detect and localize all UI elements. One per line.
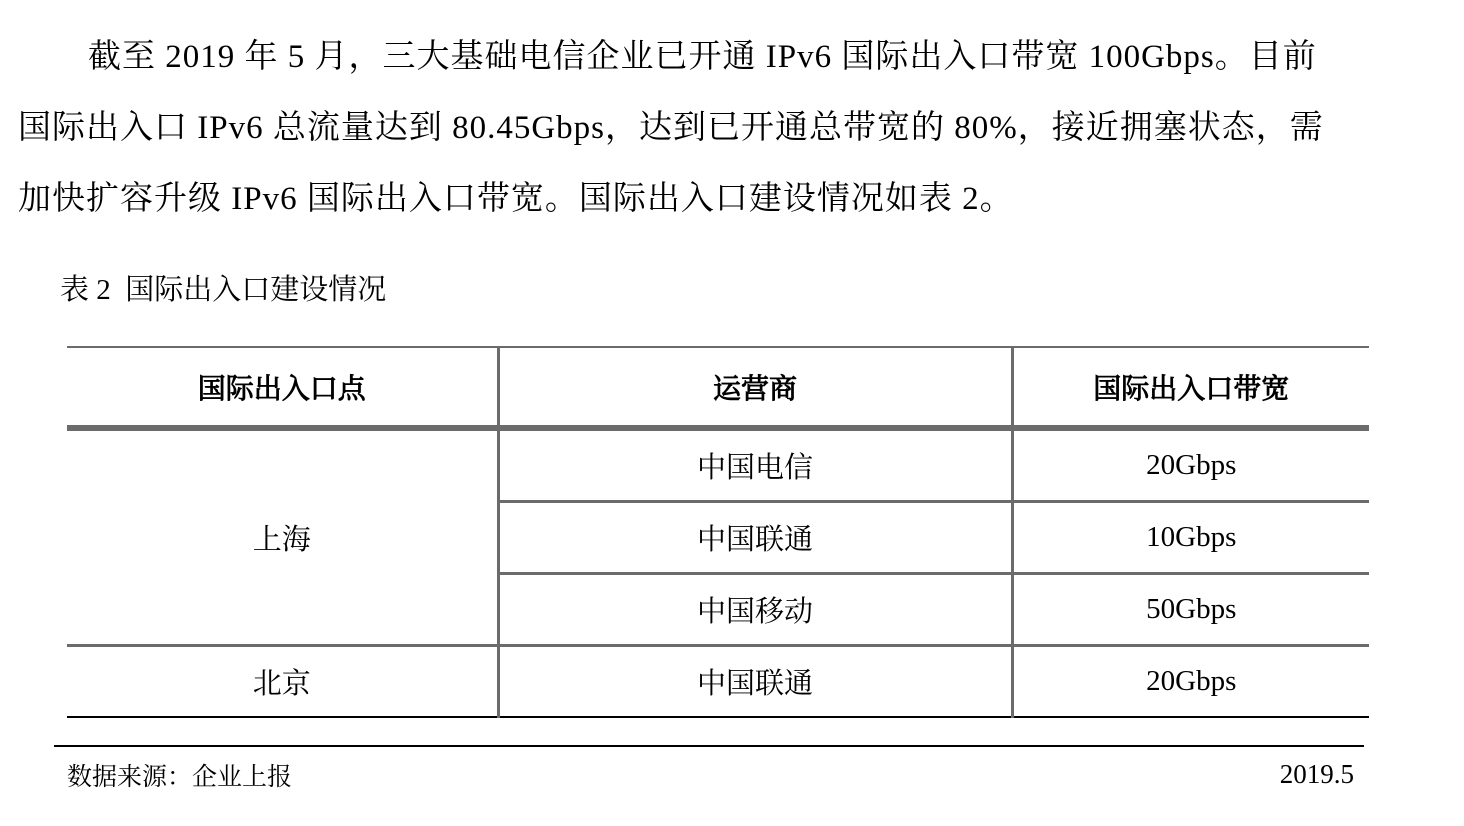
gateway-table: 国际出入口点 运营商 国际出入口带宽 上海 中国电信 20Gbps 中国联通 1…: [67, 346, 1369, 718]
bandwidth-cell: 20Gbps: [1012, 646, 1369, 718]
bandwidth-cell: 50Gbps: [1012, 574, 1369, 646]
data-date: 2019.5: [1280, 759, 1354, 790]
operator-cell: 中国联通: [498, 646, 1012, 718]
body-paragraph: 截至 2019 年 5 月，三大基础电信企业已开通 IPv6 国际出入口带宽 1…: [18, 22, 1423, 235]
header-operator: 运营商: [498, 347, 1012, 428]
gateway-point-cell: 上海: [67, 428, 498, 646]
operator-cell: 中国电信: [498, 428, 1012, 502]
data-source-note: 数据来源：企业上报: [67, 757, 292, 793]
table-row: 上海 中国电信 20Gbps: [67, 428, 1369, 502]
paragraph-line: 截至 2019 年 5 月，三大基础电信企业已开通 IPv6 国际出入口带宽 1…: [18, 22, 1423, 93]
header-bandwidth: 国际出入口带宽: [1012, 347, 1369, 428]
footer-divider: [54, 745, 1364, 747]
operator-cell: 中国移动: [498, 574, 1012, 646]
paragraph-line: 国际出入口 IPv6 总流量达到 80.45Gbps，达到已开通总带宽的 80%…: [18, 93, 1423, 164]
table-row: 北京 中国联通 20Gbps: [67, 646, 1369, 718]
table-header-row: 国际出入口点 运营商 国际出入口带宽: [67, 347, 1369, 428]
table-caption: 表 2 国际出入口建设情况: [60, 270, 386, 310]
header-gateway-point: 国际出入口点: [67, 347, 498, 428]
bandwidth-cell: 10Gbps: [1012, 502, 1369, 574]
paragraph-line: 加快扩容升级 IPv6 国际出入口带宽。国际出入口建设情况如表 2。: [18, 164, 1423, 235]
bandwidth-cell: 20Gbps: [1012, 428, 1369, 502]
operator-cell: 中国联通: [498, 502, 1012, 574]
gateway-point-cell: 北京: [67, 646, 498, 718]
